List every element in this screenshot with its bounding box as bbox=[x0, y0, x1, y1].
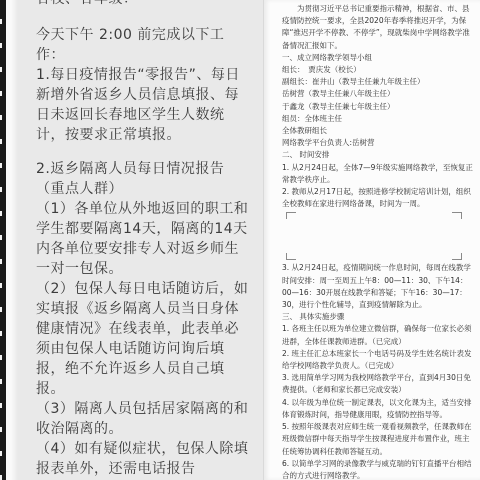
cutoff-top-line: 各校、各年级： bbox=[36, 0, 253, 8]
notice-item-2-1: （1）各单位从外地返回的职工和学生都要隔离14天，隔离的14天内各单位要安排专人… bbox=[36, 199, 253, 279]
report-time-1: 1. 从2月24日起，全体7—9年级实施网络教学，至恢复正常教学秩序止。 bbox=[282, 162, 474, 186]
report-step-4: 4. 以年级为单位统一制定课表，以文化课为主，适当安排体育锻炼时间，指导健康用眼… bbox=[282, 397, 474, 421]
report-step-2: 2. 班主任汇总本班家长一个电话号码及学生姓名统计表发给学校网络教学负责人。（已… bbox=[282, 348, 474, 372]
report-members-1: 组员：全体班主任 bbox=[282, 113, 474, 125]
report-time-3: 3. 从2月24日起，疫情期间统一作息时间，每周在线教学时间安排：周一至周五上午… bbox=[282, 262, 474, 311]
crop-mark-top-left bbox=[286, 212, 296, 219]
image-placeholder-frame bbox=[286, 212, 462, 260]
report-page: 为贯彻习近平总书记重要指示精神，根据省、市、县疫情防控统一要求，全县2020年春… bbox=[263, 0, 480, 480]
report-heading-3: 三、 具体实施步骤 bbox=[282, 311, 474, 323]
notice-item-2: 2.返乡隔离人员每日情况报告（重点人群） bbox=[36, 159, 253, 199]
report-deputy-2: 岳树营（教导主任兼八年级主任） bbox=[282, 88, 474, 100]
report-platform-owner: 网络教学平台负责人:岳树营 bbox=[282, 137, 474, 149]
document-photo: 各校、各年级： 今天下午 2:00 前完成以下工作： 1.每日疫情报告“零报告”… bbox=[0, 0, 480, 480]
report-heading-1: 一、成立网络教学领导小组 bbox=[282, 52, 474, 64]
report-intro: 为贯彻习近平总书记重要指示精神，根据省、市、县疫情防控统一要求，全县2020年春… bbox=[282, 3, 474, 52]
notice-item-2-3: （3）隔离人员包括居家隔离的和收治隔离的。 bbox=[36, 399, 253, 439]
report-step-6: 6. 以简单学习网的录像教学与威克瑞的钉钉直播平台相结合的方式进行网络教学。 bbox=[282, 458, 474, 480]
crop-mark-bottom-left bbox=[286, 253, 296, 260]
report-step-3: 3. 选用简单学习网为我校网络教学平台，直到4月30日免费提供。（老师和家长都已… bbox=[282, 372, 474, 396]
notice-page: 各校、各年级： 今天下午 2:00 前完成以下工作： 1.每日疫情报告“零报告”… bbox=[6, 0, 263, 480]
notice-item-2-4: （4）如有疑似症状，包保人除填报表单外，还需电话报告 bbox=[36, 439, 253, 479]
report-heading-2: 二、 时间安排 bbox=[282, 149, 474, 161]
crop-mark-top-right bbox=[452, 212, 462, 219]
report-time-2: 2. 教师从2月17日起，按照进修学校制定培训计划，组织全校教师在家进行网络备课… bbox=[282, 186, 474, 210]
report-deputy-1: 副组长：崔井山（教导主任兼九年级主任） bbox=[282, 76, 474, 88]
cutoff-line-text: 各校、各年级： bbox=[36, 0, 253, 7]
crop-mark-bottom-right bbox=[452, 253, 462, 260]
torn-page-edge bbox=[0, 0, 6, 480]
report-step-5: 5. 按照年级课表对应师生统一观看视频教学，任课教师在班级微信群中每天指导学生按… bbox=[282, 421, 474, 458]
notice-item-1: 1.每日疫情报告“零报告”、每日新增外省返乡人员信息填报、每日未返回长春地区学生… bbox=[36, 65, 253, 145]
report-leader: 组长： 贾庆发（校长） bbox=[282, 64, 474, 76]
report-step-1: 1. 各班主任以班为单位建立微信群，确保每一位家长必须进群，全体任课教师进群。（… bbox=[282, 323, 474, 347]
notice-deadline-line: 今天下午 2:00 前完成以下工作： bbox=[36, 25, 253, 65]
report-deputy-3: 于鑫龙（教导主任兼七年级主任） bbox=[282, 101, 474, 113]
report-members-2: 全体教研组长 bbox=[282, 125, 474, 137]
notice-item-2-2: （2）包保人每日电话随访后，如实填报《返乡隔离人员当日身体健康情况》在线表单，此… bbox=[36, 279, 253, 399]
